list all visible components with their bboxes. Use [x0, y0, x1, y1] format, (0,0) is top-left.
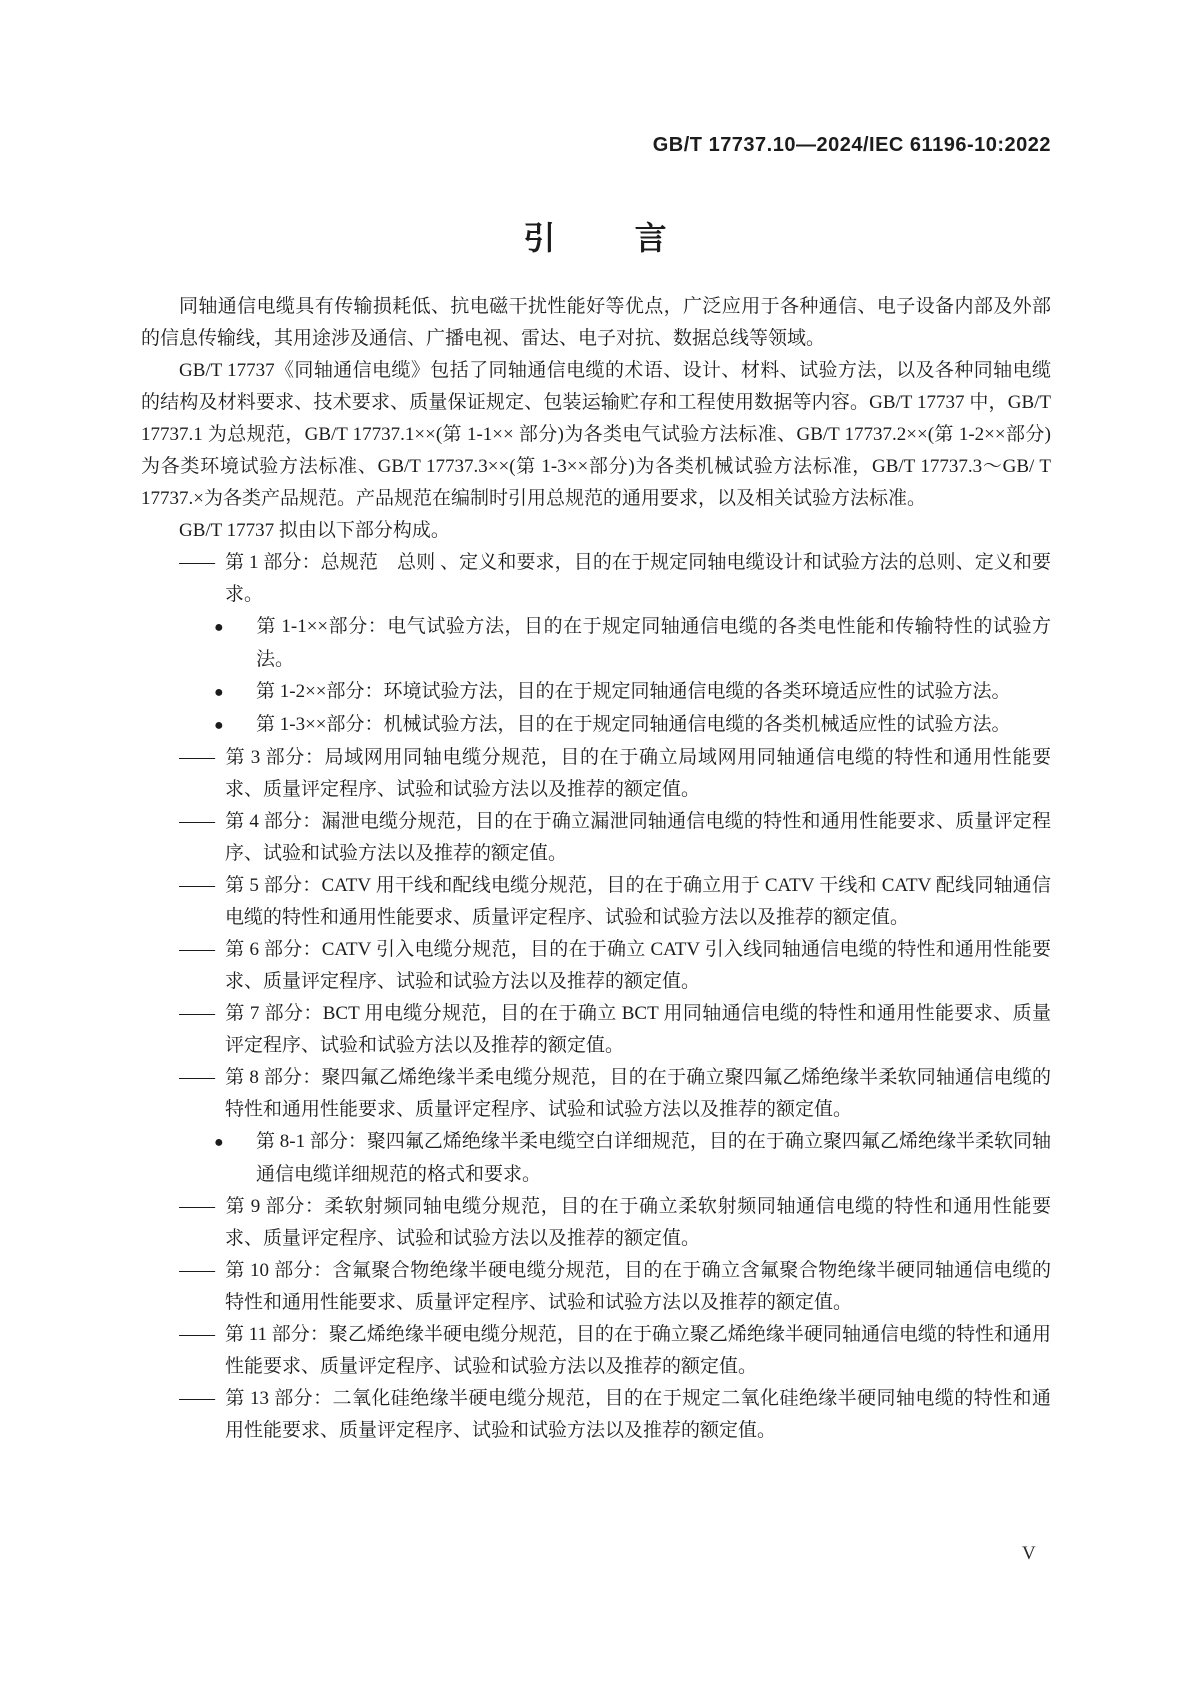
list-item-text: 第 1-1××部分：电气试验方法，目的在于规定同轴通信电缆的各类电性能和传输特性… — [256, 616, 1051, 670]
list-item-part-11: ——第 11 部分：聚乙烯绝缘半硬电缆分规范，目的在于确立聚乙烯绝缘半硬同轴通信… — [141, 1319, 1051, 1383]
list-item-text: 第 4 部分：漏泄电缆分规范，目的在于确立漏泄同轴通信电缆的特性和通用性能要求、… — [225, 811, 1051, 864]
list-item-part-1: ——第 1 部分：总规范 总则 、定义和要求，目的在于规定同轴电缆设计和试验方法… — [141, 547, 1051, 611]
page-number: V — [1022, 1543, 1036, 1565]
intro-paragraph: 同轴通信电缆具有传输损耗低、抗电磁干扰性能好等优点，广泛应用于各种通信、电子设备… — [141, 291, 1051, 355]
standard-number: GB/T 17737.10—2024/IEC 61196-10:2022 — [141, 134, 1051, 157]
list-item-part-1-2: ●第 1-2××部分：环境试验方法，目的在于规定同轴通信电缆的各类环境适应性的试… — [141, 676, 1051, 709]
list-item-part-8: ——第 8 部分：聚四氟乙烯绝缘半柔电缆分规范，目的在于确立聚四氟乙烯绝缘半柔软… — [141, 1062, 1051, 1126]
list-item-part-5: ——第 5 部分：CATV 用干线和配线电缆分规范，目的在于确立用于 CATV … — [141, 870, 1051, 934]
list-item-text: 第 13 部分：二氧化硅绝缘半硬电缆分规范，目的在于规定二氧化硅绝缘半硬同轴电缆… — [225, 1388, 1051, 1441]
dash-marker: —— — [179, 934, 225, 966]
bullet-icon: ● — [214, 1127, 256, 1159]
bullet-icon: ● — [214, 710, 256, 742]
dash-marker: —— — [179, 1191, 225, 1223]
list-item-text: 第 3 部分：局域网用同轴电缆分规范，目的在于确立局域网用同轴通信电缆的特性和通… — [225, 747, 1051, 800]
dash-marker: —— — [179, 547, 225, 579]
intro-paragraph: GB/T 17737 拟由以下部分构成。 — [141, 515, 1051, 547]
list-item-part-1-3: ●第 1-3××部分：机械试验方法，目的在于规定同轴通信电缆的各类机械适应性的试… — [141, 709, 1051, 742]
bullet-icon: ● — [214, 612, 256, 644]
introduction-body: 同轴通信电缆具有传输损耗低、抗电磁干扰性能好等优点，广泛应用于各种通信、电子设备… — [141, 291, 1051, 1447]
page-title: 引 言 — [141, 213, 1051, 259]
dash-marker: —— — [179, 806, 225, 838]
list-item-text: 第 6 部分：CATV 引入电缆分规范，目的在于确立 CATV 引入线同轴通信电… — [225, 939, 1051, 992]
dash-marker: —— — [179, 742, 225, 774]
list-item-text: 第 5 部分：CATV 用干线和配线电缆分规范，目的在于确立用于 CATV 干线… — [225, 875, 1051, 928]
list-item-part-1-1: ●第 1-1××部分：电气试验方法，目的在于规定同轴通信电缆的各类电性能和传输特… — [141, 611, 1051, 676]
list-item-text: 第 1 部分：总规范 总则 、定义和要求，目的在于规定同轴电缆设计和试验方法的总… — [225, 552, 1051, 605]
list-item-text: 第 1-3××部分：机械试验方法，目的在于规定同轴通信电缆的各类机械适应性的试验… — [256, 714, 1011, 735]
dash-marker: —— — [179, 998, 225, 1030]
list-item-text: 第 11 部分：聚乙烯绝缘半硬电缆分规范，目的在于确立聚乙烯绝缘半硬同轴通信电缆… — [225, 1324, 1051, 1377]
list-item-part-4: ——第 4 部分：漏泄电缆分规范，目的在于确立漏泄同轴通信电缆的特性和通用性能要… — [141, 806, 1051, 870]
list-item-part-7: ——第 7 部分：BCT 用电缆分规范，目的在于确立 BCT 用同轴通信电缆的特… — [141, 998, 1051, 1062]
list-item-part-3: ——第 3 部分：局域网用同轴电缆分规范，目的在于确立局域网用同轴通信电缆的特性… — [141, 742, 1051, 806]
list-item-part-10: ——第 10 部分：含氟聚合物绝缘半硬电缆分规范，目的在于确立含氟聚合物绝缘半硬… — [141, 1255, 1051, 1319]
list-item-text: 第 8 部分：聚四氟乙烯绝缘半柔电缆分规范，目的在于确立聚四氟乙烯绝缘半柔软同轴… — [225, 1067, 1051, 1120]
list-item-part-9: ——第 9 部分：柔软射频同轴电缆分规范，目的在于确立柔软射频同轴通信电缆的特性… — [141, 1191, 1051, 1255]
bullet-icon: ● — [214, 677, 256, 709]
list-item-part-6: ——第 6 部分：CATV 引入电缆分规范，目的在于确立 CATV 引入线同轴通… — [141, 934, 1051, 998]
list-item-text: 第 10 部分：含氟聚合物绝缘半硬电缆分规范，目的在于确立含氟聚合物绝缘半硬同轴… — [225, 1260, 1051, 1313]
list-item-part-8-1: ●第 8-1 部分：聚四氟乙烯绝缘半柔电缆空白详细规范，目的在于确立聚四氟乙烯绝… — [141, 1126, 1051, 1191]
intro-paragraph: GB/T 17737《同轴通信电缆》包括了同轴通信电缆的术语、设计、材料、试验方… — [141, 355, 1051, 515]
dash-marker: —— — [179, 870, 225, 902]
dash-marker: —— — [179, 1062, 225, 1094]
list-item-part-13: ——第 13 部分：二氧化硅绝缘半硬电缆分规范，目的在于规定二氧化硅绝缘半硬同轴… — [141, 1383, 1051, 1447]
page-content: GB/T 17737.10—2024/IEC 61196-10:2022 引 言… — [141, 0, 1051, 1447]
document-page: GB/T 17737.10—2024/IEC 61196-10:2022 引 言… — [0, 0, 1191, 1685]
dash-marker: —— — [179, 1319, 225, 1351]
list-item-text: 第 1-2××部分：环境试验方法，目的在于规定同轴通信电缆的各类环境适应性的试验… — [256, 681, 1011, 702]
list-item-text: 第 9 部分：柔软射频同轴电缆分规范，目的在于确立柔软射频同轴通信电缆的特性和通… — [225, 1196, 1051, 1249]
dash-marker: —— — [179, 1255, 225, 1287]
list-item-text: 第 7 部分：BCT 用电缆分规范，目的在于确立 BCT 用同轴通信电缆的特性和… — [225, 1003, 1051, 1056]
list-item-text: 第 8-1 部分：聚四氟乙烯绝缘半柔电缆空白详细规范，目的在于确立聚四氟乙烯绝缘… — [256, 1131, 1051, 1185]
dash-marker: —— — [179, 1383, 225, 1415]
